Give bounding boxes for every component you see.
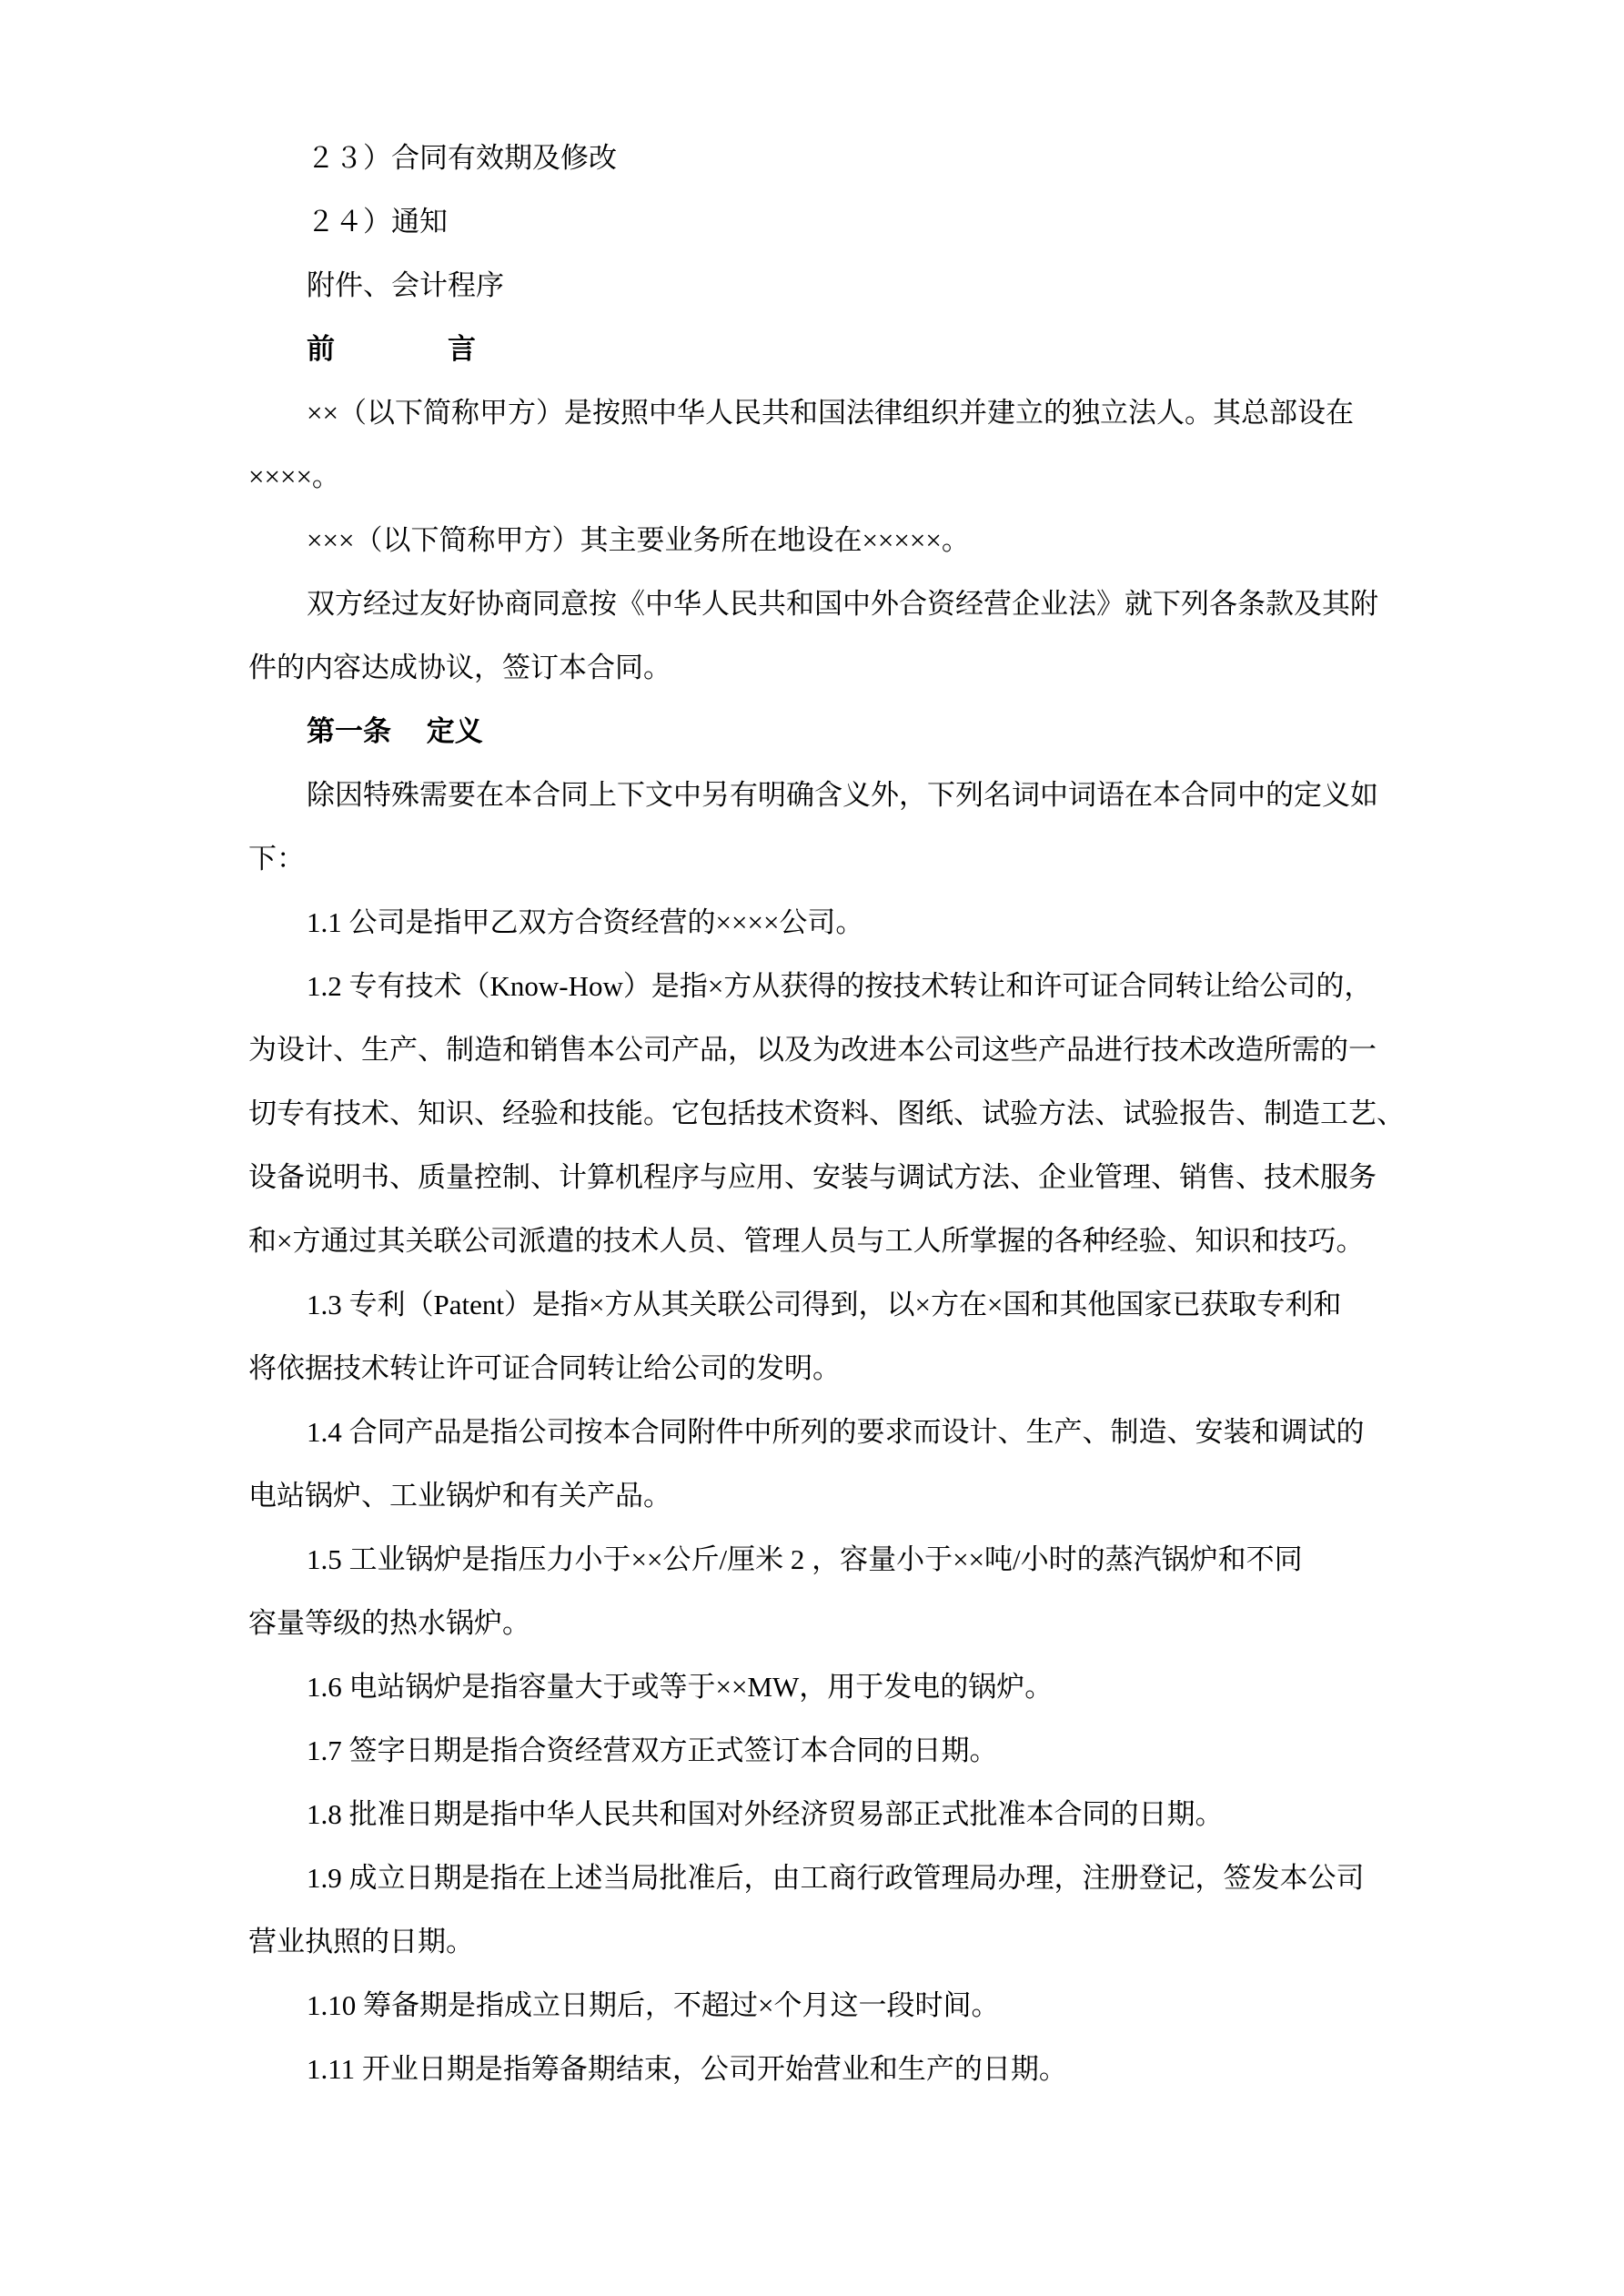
text-line: 1.4 合同产品是指公司按本合同附件中所列的要求而设计、生产、制造、安装和调试的 [248,1401,1417,1464]
document-page: ２３）合同有效期及修改２４）通知附件、会计程序前 言××（以下简称甲方）是按照中… [0,0,1624,2296]
text-line: 营业执照的日期。 [248,1910,1417,1974]
text-line: 1.8 批准日期是指中华人民共和国对外经济贸易部正式批准本合同的日期。 [248,1783,1417,1846]
text-line: 下： [248,827,1417,891]
text-line: 1.9 成立日期是指在上述当局批准后，由工商行政管理局办理，注册登记，签发本公司 [248,1846,1417,1910]
contract-text-body: ２３）合同有效期及修改２４）通知附件、会计程序前 言××（以下简称甲方）是按照中… [248,126,1417,2101]
text-line: 1.10 筹备期是指成立日期后，不超过×个月这一段时间。 [248,1974,1417,2038]
heading-line: 第一条 定义 [248,700,1417,764]
text-line: 1.3 专利（Patent）是指×方从其关联公司得到，以×方在×国和其他国家已获… [248,1273,1417,1337]
text-line: ××××。 [248,445,1417,509]
text-line: 和×方通过其关联公司派遣的技术人员、管理人员与工人所掌握的各种经验、知识和技巧。 [248,1209,1417,1273]
text-line: ××（以下简称甲方）是按照中华人民共和国法律组织并建立的独立法人。其总部设在 [248,381,1417,445]
text-line: 将依据技术转让许可证合同转让给公司的发明。 [248,1337,1417,1401]
text-line: 1.5 工业锅炉是指压力小于××公斤/厘米 2 ，容量小于××吨/小时的蒸汽锅炉… [248,1528,1417,1592]
text-line: 双方经过友好协商同意按《中华人民共和国中外合资经营企业法》就下列各条款及其附 [248,572,1417,636]
text-line: 件的内容达成协议，签订本合同。 [248,636,1417,700]
text-line: 1.6 电站锅炉是指容量大于或等于××MW，用于发电的锅炉。 [248,1655,1417,1719]
text-line: 切专有技术、知识、经验和技能。它包括技术资料、图纸、试验方法、试验报告、制造工艺… [248,1082,1417,1146]
text-line: 1.2 专有技术（Know-How）是指×方从获得的按技术转让和许可证合同转让给… [248,955,1417,1018]
text-line: 电站锅炉、工业锅炉和有关产品。 [248,1464,1417,1528]
text-line: 为设计、生产、制造和销售本公司产品，以及为改进本公司这些产品进行技术改造所需的一 [248,1018,1417,1082]
text-line: ×××（以下简称甲方）其主要业务所在地设在×××××。 [248,509,1417,572]
heading-line: 前 言 [248,318,1417,381]
text-line: 附件、会计程序 [248,254,1417,318]
text-line: 1.11 开业日期是指筹备期结束，公司开始营业和生产的日期。 [248,2038,1417,2101]
text-line: 设备说明书、质量控制、计算机程序与应用、安装与调试方法、企业管理、销售、技术服务 [248,1146,1417,1209]
text-line: ２４）通知 [248,190,1417,254]
text-line: 1.7 签字日期是指合资经营双方正式签订本合同的日期。 [248,1719,1417,1783]
text-line: 1.1 公司是指甲乙双方合资经营的××××公司。 [248,891,1417,955]
text-line: 除因特殊需要在本合同上下文中另有明确含义外，下列名词中词语在本合同中的定义如 [248,764,1417,827]
text-line: 容量等级的热水锅炉。 [248,1592,1417,1655]
text-line: ２３）合同有效期及修改 [248,126,1417,190]
